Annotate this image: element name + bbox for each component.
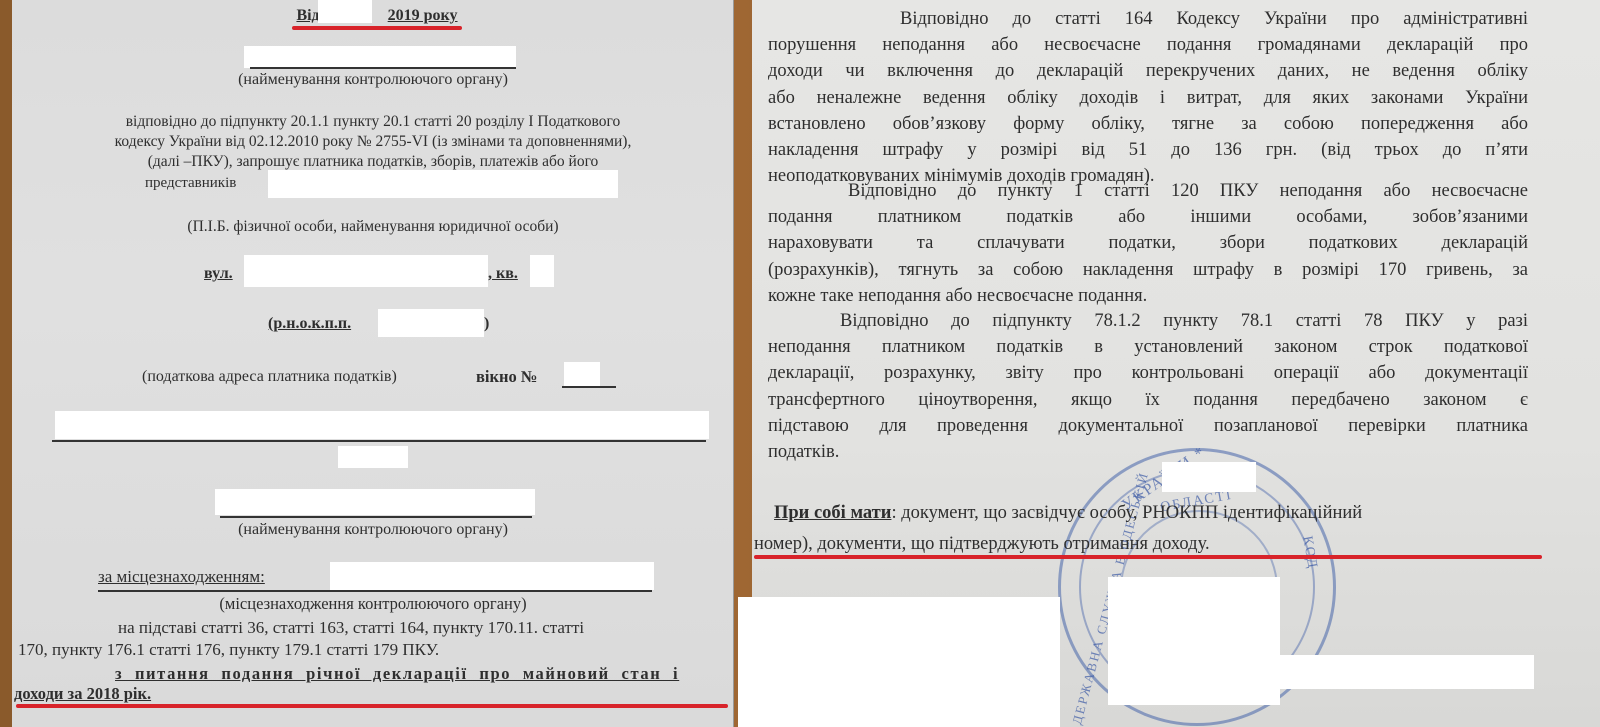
- basis-line-1: на підставі статті 36, статті 163, статт…: [118, 618, 724, 638]
- window-underline: [562, 386, 616, 388]
- redacted-stamp-code: [1162, 462, 1256, 492]
- authority-underline-1: [250, 67, 516, 69]
- bring-line-1: При собі мати: документ, що засвідчує ос…: [774, 502, 1362, 524]
- red-highlight-bring: [754, 555, 1542, 559]
- subject-line-2: доходи за 2018 рік.: [14, 684, 151, 704]
- authority-underline-2: [220, 516, 532, 518]
- redacted-date: [318, 0, 372, 23]
- redacted-address-line: [55, 411, 709, 439]
- paragraph-1-line: доходи чи включення до декларацій перекр…: [768, 60, 1528, 82]
- location-caption: (місцезнаходження контролюючого органу): [12, 594, 734, 614]
- paragraph-2-line: кожне таке неподання або несвоєчасне под…: [768, 285, 1147, 307]
- bring-label: При собі мати: [774, 503, 891, 523]
- intro-line-3: (далі –ПКУ), запрошує платника податків,…: [12, 152, 734, 172]
- paragraph-3-line: декларації, розрахунку, звіту про контро…: [768, 362, 1528, 384]
- paragraph-2-line: Відповідно до пункту 1 статті 120 ПКУ не…: [848, 180, 1528, 202]
- paragraph-1-line: накладення штрафу у розмірі від 51 до 13…: [768, 139, 1528, 161]
- paragraph-3-line: неподання платником податків в установле…: [768, 336, 1528, 358]
- redacted-small-field: [338, 446, 408, 468]
- red-highlight-subject: [16, 704, 728, 708]
- representatives-label: представників: [145, 173, 236, 193]
- paragraph-2-line: (розрахунків), тягнуть за собою накладен…: [768, 259, 1528, 281]
- apartment-label: , кв.: [488, 264, 518, 284]
- paragraph-3-line: трансфертного ціноутворення, якщо їх под…: [768, 389, 1528, 411]
- subject-line-1: з питання подання річної декларації про …: [115, 664, 725, 684]
- redacted-apartment: [530, 255, 554, 287]
- tax-address-caption: (податкова адреса платника податків): [142, 367, 397, 387]
- redacted-window-number: [564, 362, 600, 386]
- paragraph-1-line: або неналежне ведення обліку доходів і в…: [768, 87, 1528, 109]
- redacted-street: [244, 255, 488, 287]
- location-label: за місцезнаходженням:: [98, 567, 265, 587]
- address-underline: [52, 440, 706, 442]
- street-label: вул.: [204, 264, 233, 284]
- authority-caption-1: (найменування контролюючого органу): [12, 70, 734, 90]
- window-label: вікно №: [476, 367, 537, 387]
- intro-line-2: кодексу України від 02.12.2010 року № 27…: [12, 132, 734, 152]
- red-highlight-date: [292, 26, 462, 30]
- bring-line-1-text: : документ, що засвідчує особу, РНОКПП і…: [891, 503, 1362, 523]
- date-year: 2019 року: [388, 7, 458, 24]
- redacted-authority-2: [215, 489, 535, 515]
- paragraph-3-line: підставою для проведення документальної …: [768, 415, 1528, 437]
- date-prefix: Від: [296, 7, 319, 24]
- redacted-tax-id: [378, 309, 484, 337]
- paragraph-3-line: податків.: [768, 441, 839, 463]
- paragraph-1-line: Відповідно до статті 164 Кодексу України…: [900, 8, 1528, 30]
- redacted-location: [330, 562, 654, 590]
- paragraph-3-line: Відповідно до підпункту 78.1.2 пункту 78…: [840, 310, 1528, 332]
- person-caption: (П.І.Б. фізичної особи, найменування юри…: [12, 217, 734, 237]
- redacted-authority-1: [244, 46, 516, 68]
- tax-id-label: (р.н.о.к.п.п.: [268, 314, 351, 334]
- basis-line-1-text: на підставі статті 36, статті 163, статт…: [118, 618, 584, 638]
- tax-id-close: ): [484, 314, 489, 334]
- paragraph-1-line: встановлено обов’язкову форму обліку, тя…: [768, 113, 1528, 135]
- redacted-bottom-left: [738, 597, 1060, 727]
- authority-caption-2: (найменування контролюючого органу): [12, 520, 734, 540]
- intro-line-1: відповідно до підпункту 20.1.1 пункту 20…: [12, 112, 734, 132]
- paragraph-2-line: подання платником податків або іншими ос…: [768, 206, 1528, 228]
- bring-line-2: номер), документи, що підтверджують отри…: [754, 533, 1210, 555]
- basis-line-2: 170, пункту 176.1 статті 176, пункту 179…: [18, 640, 439, 660]
- redacted-representative: [268, 170, 618, 198]
- redacted-signatory-name: [1108, 655, 1534, 689]
- paragraph-2-line: нараховувати та сплачувати податки, збор…: [768, 232, 1528, 254]
- location-underline: [98, 590, 652, 592]
- paragraph-1-line: порушення неподання або несвоєчасне пода…: [768, 34, 1528, 56]
